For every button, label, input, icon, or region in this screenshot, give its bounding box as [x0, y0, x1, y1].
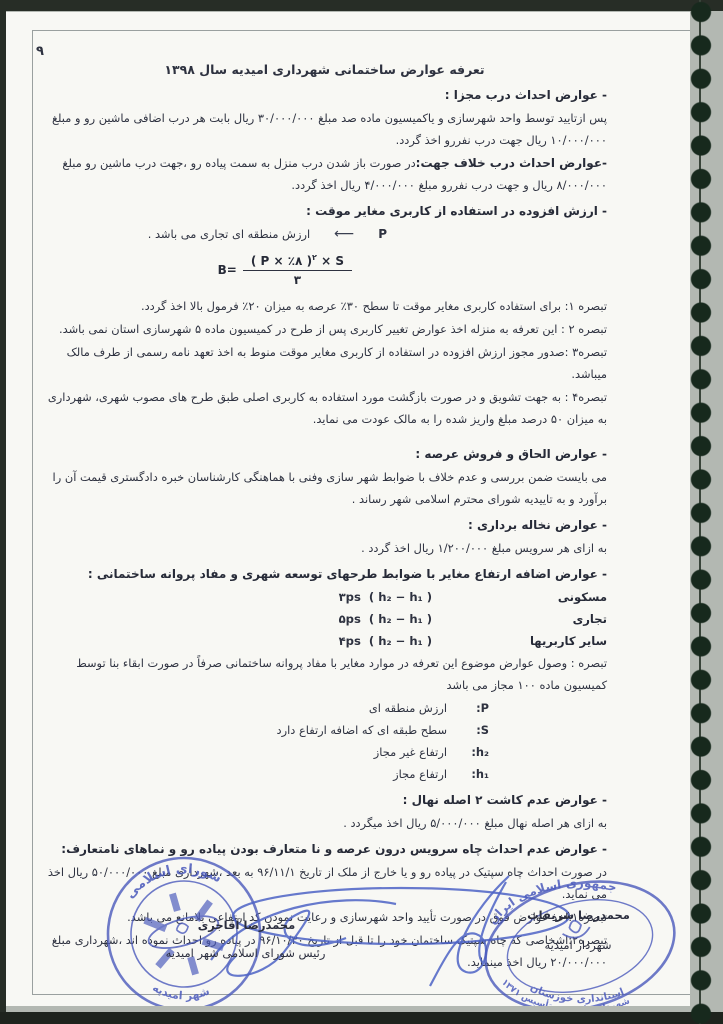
height-row-other-uses: سایر کاربریها ۴ps( h₂ − h₁ ) — [42, 630, 607, 652]
definition-p: P: ارزش منطقه ای — [42, 697, 607, 719]
scan-edge-bottom — [0, 1012, 723, 1024]
height-row-residential: مسکونی ۳ps( h₂ − h₁ ) — [42, 586, 607, 608]
scan-edge-top — [0, 0, 723, 11]
section-heading-added-value: - ارزش افزوده در استفاده از کاربری مغایر… — [42, 202, 607, 221]
formula-percent: ٪۸ — [288, 254, 303, 268]
note-2: تبصره ۲ : این تعرفه به منزله اخذ عوارض ت… — [42, 318, 607, 340]
note-4: تبصره۴ : به جهت تشویق و در صورت بازگشت م… — [42, 386, 607, 430]
definition-h2: h₂: ارتفاع غیر مجاز — [42, 741, 607, 763]
mayor-signature — [430, 876, 509, 986]
paragraph-separate-door: پس ازتایید توسط واحد شهرسازی و یاکمیسیون… — [42, 107, 607, 151]
p-definition-text: ارزش منطقه ای تجاری می باشد . — [148, 223, 310, 245]
mayor-signer-name: محمدرضا شریفات — [476, 908, 681, 922]
height-row-formula: ۵ps( h₂ − h₁ ) — [339, 608, 432, 630]
height-row-formula: ۴ps( h₂ − h₁ ) — [339, 630, 432, 652]
p-definition-line: P ⟵ ارزش منطقه ای تجاری می باشد . — [42, 223, 607, 245]
mayor-signer-title: شهردار امیدیه — [498, 938, 658, 952]
formula-fraction: ( P × ٪۸ )۲ × S ۳ — [243, 253, 352, 287]
height-row-label: سایر کاربریها — [432, 630, 607, 652]
added-value-formula: B= ( P × ٪۸ )۲ × S ۳ — [218, 253, 352, 287]
formula-denominator: ۳ — [243, 271, 352, 287]
definition-s: S: سطح طبقه ای که اضافه ارتفاع دارد — [42, 719, 607, 741]
council-signer-name: محمدرضا آقاجری — [124, 918, 369, 932]
section-heading-separate-door: - عوارض احداث درب مجزا : — [42, 86, 607, 105]
document-body: تعرفه عوارض ساختمانی شهرداری امیدیه سال … — [42, 60, 607, 974]
formula-numerator: ( P × ٪۸ )۲ × S — [243, 253, 352, 271]
spacer — [42, 431, 607, 439]
paragraph-annexation: می بایست ضمن بررسی و عدم خلاف با ضوابط ش… — [42, 466, 607, 510]
p-symbol: P — [378, 223, 387, 245]
scanned-page: ۹ تعرفه عوارض ساختمانی شهرداری امیدیه سا… — [0, 0, 723, 1024]
mayor-stamp: جمهوری اسلامی ایران استانداری خوزستان شه… — [414, 868, 690, 1006]
left-arrow-icon: ⟵ — [334, 223, 354, 245]
formula-multiplier: × S — [321, 254, 344, 268]
note-1: تبصره ۱: برای استفاده کاربری مغایر موقت … — [42, 295, 607, 317]
paragraph-sapling: به ازای هر اصله نهال مبلغ ۵/۰۰۰/۰۰۰ ریال… — [42, 812, 607, 834]
height-row-formula: ۳ps( h₂ − h₁ ) — [339, 586, 432, 608]
page-number: ۹ — [36, 44, 44, 59]
formula-exponent: ۲ — [312, 253, 317, 262]
note-3: تبصره۳ :صدور مجوز ارزش افزوده در استفاده… — [42, 341, 607, 385]
section-heading-debris: - عوارض نخاله برداری : — [42, 516, 607, 535]
section-heading-annexation: - عوارض الحاق و فروش عرصه : — [42, 445, 607, 464]
definition-h1: h₁: ارتفاع مجاز — [42, 763, 607, 785]
page-title: تعرفه عوارض ساختمانی شهرداری امیدیه سال … — [42, 60, 607, 80]
spiral-binding-holes — [690, 1, 712, 1024]
paragraph-debris: به ازای هر سرویس مبلغ ۱/۲۰۰/۰۰۰ ریال اخذ… — [42, 537, 607, 559]
section-heading-wrong-direction-door: -عوارض احداث درب خلاف جهت: — [416, 156, 607, 170]
section-heading-extra-height: - عوارض اضافه ارتفاع مغایر با ضوابط طرحه… — [42, 565, 607, 584]
height-row-label: تجاری — [432, 608, 607, 630]
document-paper: ۹ تعرفه عوارض ساختمانی شهرداری امیدیه سا… — [6, 12, 690, 1006]
height-row-commercial: تجاری ۵ps( h₂ − h₁ ) — [42, 608, 607, 630]
council-signer-title: رئیس شورای اسلامی شهر امیدیه — [78, 946, 413, 960]
note-extra-height: تبصره : وصول عوارض موضوع این تعرفه در مو… — [42, 652, 607, 696]
height-row-label: مسکونی — [432, 586, 607, 608]
section-heading-sapling: - عوارض عدم کاشت ۲ اصله نهال : — [42, 791, 607, 810]
formula-lhs: B= — [218, 263, 237, 277]
paragraph-wrong-direction-door: -عوارض احداث درب خلاف جهت:در صورت باز شد… — [42, 152, 607, 196]
